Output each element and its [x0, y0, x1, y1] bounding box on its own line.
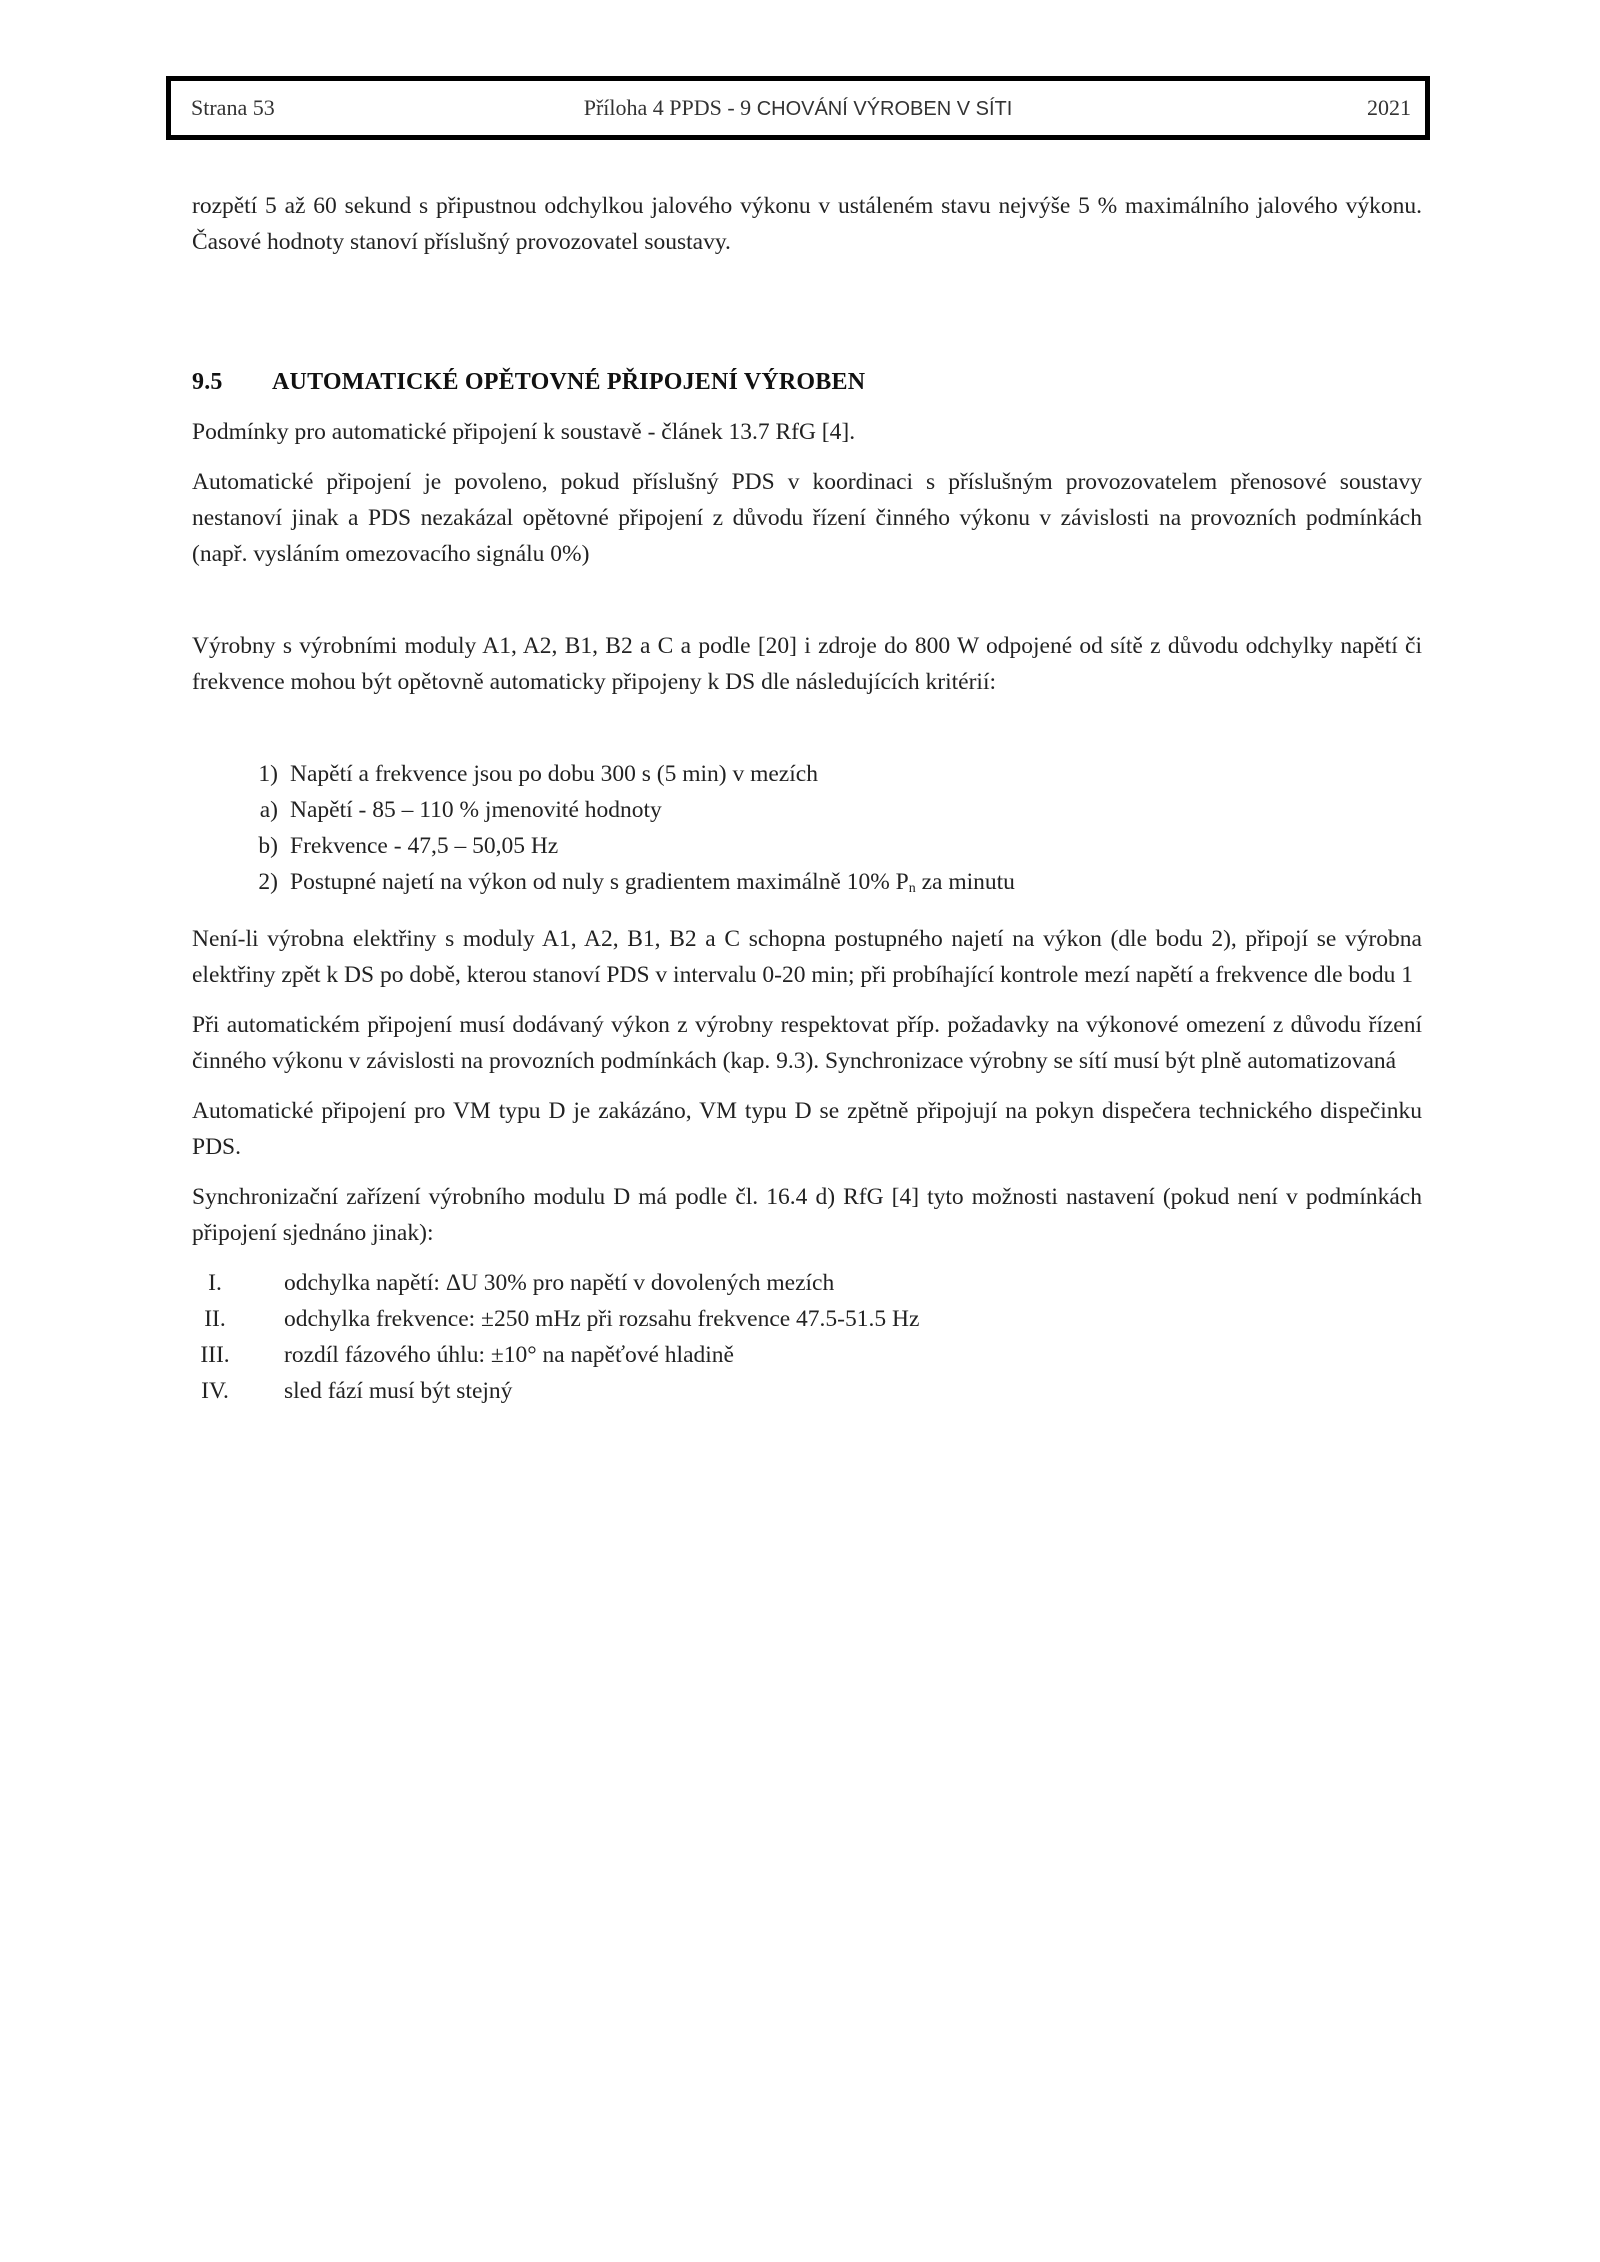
document-title: Příloha 4 PPDS - 9 CHOVÁNÍ VÝROBEN V SÍT…: [171, 95, 1425, 121]
sync-setting-item: III.rozdíl fázového úhlu: ±10° na napěťo…: [192, 1337, 1422, 1373]
criteria-item: 2)Postupné najetí na výkon od nuly s gra…: [192, 864, 1422, 907]
criteria-list: 1)Napětí a frekvence jsou po dobu 300 s …: [192, 756, 1422, 907]
paragraph-power-limitation: Při automatickém připojení musí dodávaný…: [192, 1007, 1422, 1079]
paragraph-auto-connection-allowed: Automatické připojení je povoleno, pokud…: [192, 464, 1422, 572]
document-title-prefix: Příloha 4 PPDS - 9: [584, 95, 757, 120]
paragraph-gradual-ramp: Není-li výrobna elektřiny s moduly A1, A…: [192, 921, 1422, 993]
paragraph-type-d-prohibited: Automatické připojení pro VM typu D je z…: [192, 1093, 1422, 1165]
chapter-title: CHOVÁNÍ VÝROBEN V SÍTI: [757, 98, 1013, 120]
paragraph-sync-settings-intro: Synchronizační zařízení výrobního modulu…: [192, 1179, 1422, 1251]
paragraph-rfg-reference: Podmínky pro automatické připojení k sou…: [192, 414, 1422, 450]
document-year: 2021: [1367, 95, 1411, 121]
criteria-item: 1)Napětí a frekvence jsou po dobu 300 s …: [192, 756, 1422, 792]
sync-setting-item: II.odchylka frekvence: ±250 mHz při rozs…: [192, 1301, 1422, 1337]
sync-setting-item: I.odchylka napětí: ΔU 30% pro napětí v d…: [192, 1265, 1422, 1301]
criteria-item: a)Napětí - 85 – 110 % jmenovité hodnoty: [192, 792, 1422, 828]
page-content: rozpětí 5 až 60 sekund s připustnou odch…: [192, 188, 1422, 1409]
intro-paragraph: rozpětí 5 až 60 sekund s připustnou odch…: [192, 188, 1422, 260]
criteria-item: b)Frekvence - 47,5 – 50,05 Hz: [192, 828, 1422, 864]
page-number: Strana 53: [191, 95, 275, 121]
paragraph-modules-criteria-intro: Výrobny s výrobními moduly A1, A2, B1, B…: [192, 628, 1422, 700]
section-title: AUTOMATICKÉ OPĚTOVNÉ PŘIPOJENÍ VÝROBEN: [272, 369, 865, 395]
sync-settings-list: I.odchylka napětí: ΔU 30% pro napětí v d…: [192, 1265, 1422, 1409]
section-heading: 9.5AUTOMATICKÉ OPĚTOVNÉ PŘIPOJENÍ VÝROBE…: [192, 364, 1422, 400]
page-header: Strana 53 Příloha 4 PPDS - 9 CHOVÁNÍ VÝR…: [166, 76, 1430, 140]
section-number: 9.5: [192, 364, 272, 400]
sync-setting-item: IV.sled fází musí být stejný: [192, 1373, 1422, 1409]
